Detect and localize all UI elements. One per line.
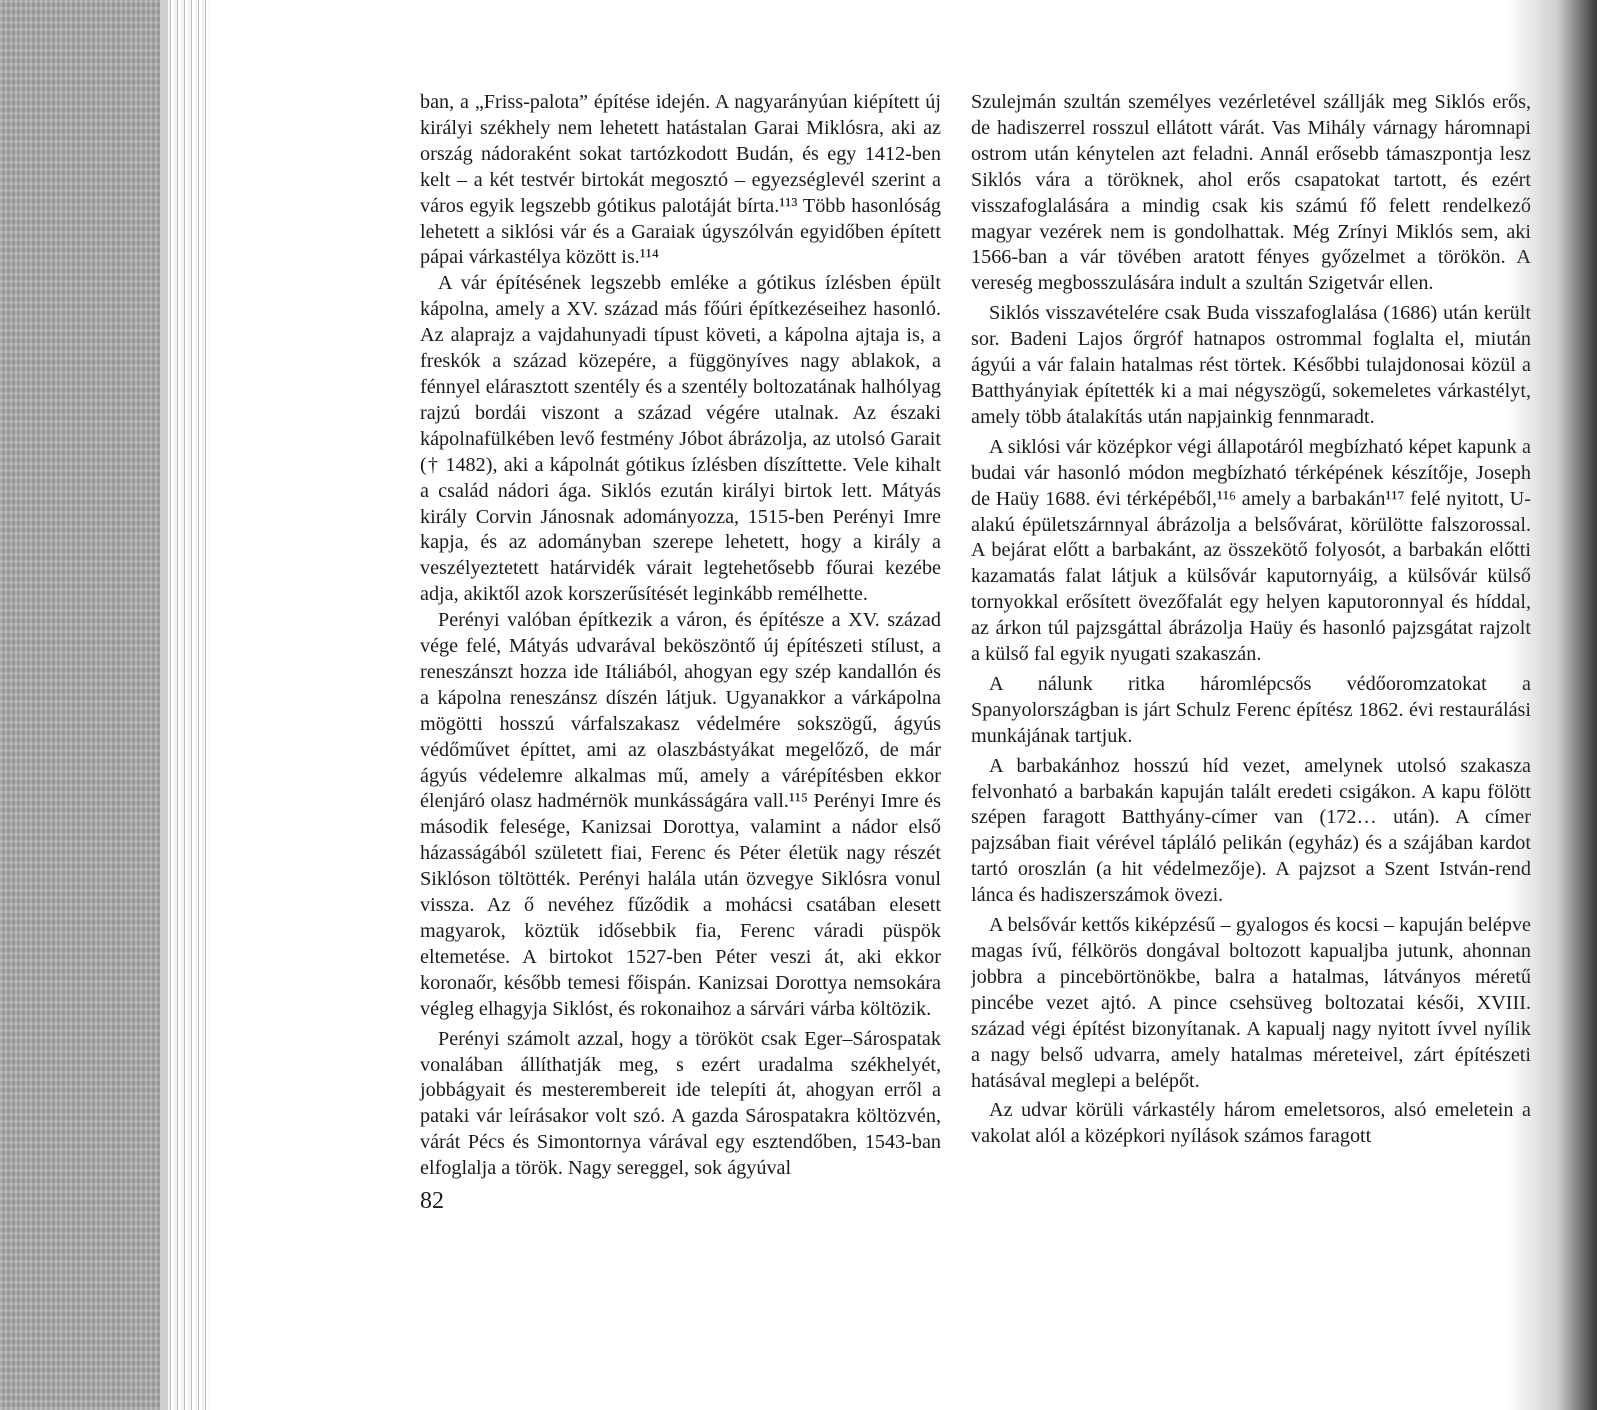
- left-page-text: ban, a „Friss-palota” építése idején. A …: [420, 90, 941, 1182]
- book-binding-edge: [0, 0, 160, 1410]
- paragraph: A vár építésének legszebb emléke a gótik…: [420, 271, 941, 608]
- paragraph: A nálunk ritka háromlépcsős védőoromzato…: [971, 672, 1531, 750]
- paragraph: A belsővár kettős kiképzésű – gyalogos é…: [971, 913, 1531, 1094]
- right-page-text: Szulejmán szultán személyes vezérletével…: [971, 90, 1531, 1150]
- paragraph: A siklósi vár középkor végi állapotáról …: [971, 435, 1531, 668]
- paragraph: Siklós visszavételére csak Buda visszafo…: [971, 301, 1531, 431]
- page-number: 82: [420, 1188, 444, 1215]
- page-stack-edges: [160, 0, 210, 1410]
- paragraph: Perényi valóban építkezik a váron, és ép…: [420, 608, 941, 1023]
- paragraph: Szulejmán szultán személyes vezérletével…: [971, 90, 1531, 297]
- paragraph: ban, a „Friss-palota” építése idején. A …: [420, 90, 941, 271]
- paragraph: A barbakánhoz hosszú híd vezet, amelynek…: [971, 754, 1531, 909]
- paragraph: Az udvar körüli várkastély három emelets…: [971, 1098, 1531, 1150]
- paragraph: Perényi számolt azzal, hogy a törököt cs…: [420, 1027, 941, 1182]
